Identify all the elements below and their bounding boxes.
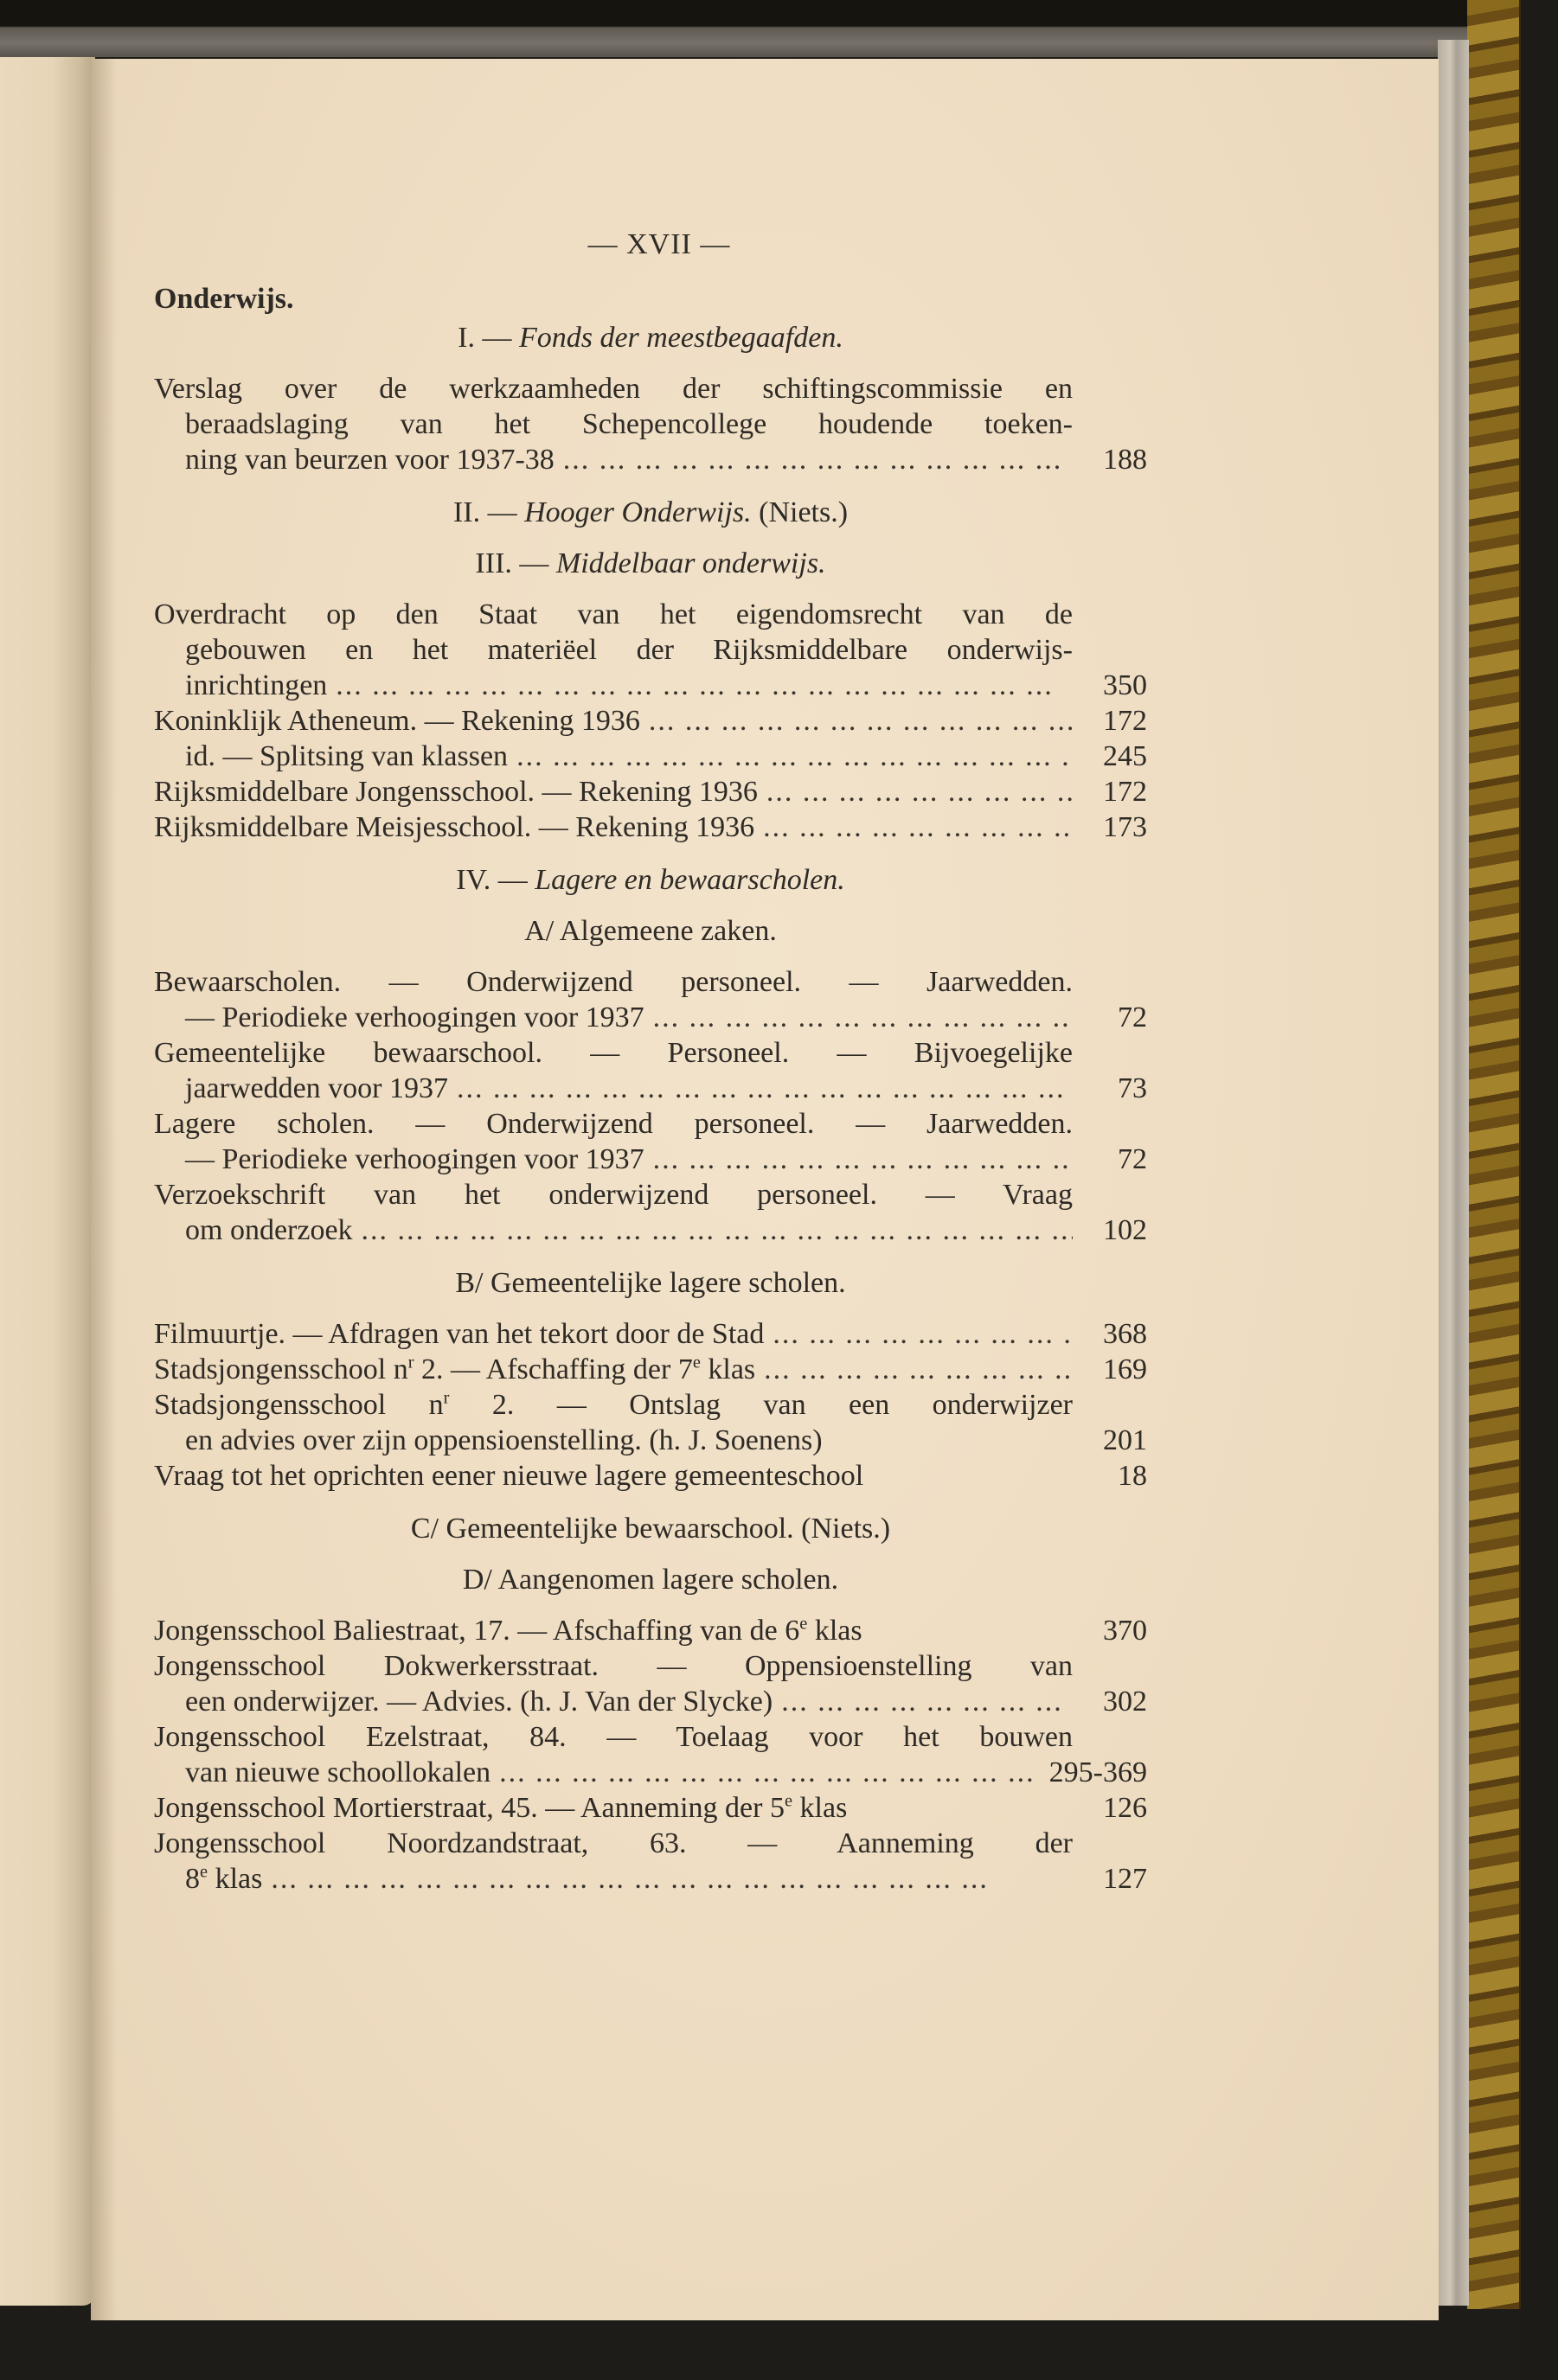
entry-last-line: een onderwijzer. — Advies. (h. J. Van de… xyxy=(154,1684,1147,1719)
page-text: — XVII — Onderwijs. I. — Fonds der meest… xyxy=(154,227,1147,1910)
entry-line: Verslag over de werkzaamheden der schift… xyxy=(154,371,1147,406)
part-title: Fonds der meestbegaafden. xyxy=(519,322,843,354)
background-right xyxy=(1519,0,1558,2380)
entry-text: Jongensschool Mortierstraat, 45. — Aanne… xyxy=(154,1790,847,1826)
marbled-cover-edge xyxy=(1467,0,1521,2309)
page-reference: 169 xyxy=(1073,1352,1147,1387)
page-reference: 126 xyxy=(1073,1790,1147,1826)
entry-text: Rijksmiddelbare Meisjesschool. — Rekenin… xyxy=(154,809,754,845)
entry-last-line: Jongensschool Mortierstraat, 45. — Aanne… xyxy=(154,1790,1147,1826)
dot-leader: ... ... ... ... ... ... ... ... ... ... … xyxy=(644,1000,1073,1035)
dot-leader: ... ... ... ... ... ... ... ... ... ... … xyxy=(764,1316,1073,1352)
entry-last-line: van nieuwe schoollokalen... ... ... ... … xyxy=(154,1755,1147,1790)
dot-leader: ... ... ... ... ... ... ... ... ... ... … xyxy=(640,703,1073,739)
entry-text: Stadsjongensschool nr 2. — Afschaffing d… xyxy=(154,1352,755,1387)
book-spine-band xyxy=(0,0,1558,57)
entry-last-line: id. — Splitsing van klassen... ... ... .… xyxy=(154,739,1147,774)
entry-text: ning van beurzen voor 1937-38 xyxy=(185,442,555,477)
page-reference: 72 xyxy=(1073,1000,1147,1035)
spacer xyxy=(154,1248,1147,1262)
gutter-shadow xyxy=(91,59,117,2320)
part-number: I. — xyxy=(458,322,519,354)
index-entry: Bewaarscholen. — Onderwijzend personeel.… xyxy=(154,964,1147,1035)
entry-line: Verzoekschrift van het onderwijzend pers… xyxy=(154,1177,1147,1212)
entry-line: gebouwen en het materiëel der Rijksmidde… xyxy=(154,632,1147,668)
entry-line: Jongensschool Noordzandstraat, 63. — Aan… xyxy=(154,1826,1147,1861)
index-entry: Rijksmiddelbare Meisjesschool. — Rekenin… xyxy=(154,809,1147,845)
entry-text: inrichtingen xyxy=(185,668,327,703)
entry-last-line: Rijksmiddelbare Jongensschool. — Rekenin… xyxy=(154,774,1147,809)
entry-last-line: en advies over zijn oppensioenstelling. … xyxy=(154,1423,1147,1458)
index-entry: Stadsjongensschool nr 2. — Ontslag van e… xyxy=(154,1387,1147,1458)
entry-line: Overdracht op den Staat van het eigendom… xyxy=(154,597,1147,632)
dot-leader: ... ... ... ... ... ... ... ... ... ... … xyxy=(755,1352,1073,1387)
index-entry: Jongensschool Dokwerkersstraat. — Oppens… xyxy=(154,1648,1147,1719)
page-reference: 73 xyxy=(1073,1071,1147,1106)
entry-last-line: Jongensschool Baliestraat, 17. — Afschaf… xyxy=(154,1613,1147,1648)
entry-text: Filmuurtje. — Afdragen van het tekort do… xyxy=(154,1316,764,1352)
entry-text: een onderwijzer. — Advies. (h. J. Van de… xyxy=(185,1684,773,1719)
entry-text: 8e klas xyxy=(185,1861,262,1897)
index-entry: Stadsjongensschool nr 2. — Afschaffing d… xyxy=(154,1352,1147,1387)
dot-leader: ... ... ... ... ... ... ... ... ... ... … xyxy=(262,1861,1073,1897)
part-note: (Niets.) xyxy=(752,496,848,528)
entry-text: van nieuwe schoollokalen xyxy=(185,1755,490,1790)
page-reference: 370 xyxy=(1073,1613,1147,1648)
part-heading: IV. — Lagere en bewaarscholen. xyxy=(154,862,1147,898)
index-entry: Verslag over de werkzaamheden der schift… xyxy=(154,371,1147,477)
page-reference: 350 xyxy=(1073,668,1147,703)
entry-last-line: Vraag tot het oprichten eener nieuwe lag… xyxy=(154,1458,1147,1494)
page-reference: 127 xyxy=(1073,1861,1147,1897)
page-reference: 295-369 xyxy=(1037,1755,1147,1790)
index-entry: Jongensschool Baliestraat, 17. — Afschaf… xyxy=(154,1613,1147,1648)
index-entry: Jongensschool Ezelstraat, 84. — Toelaag … xyxy=(154,1719,1147,1790)
index-entry: Verzoekschrift van het onderwijzend pers… xyxy=(154,1177,1147,1248)
page-reference: 188 xyxy=(1073,442,1147,477)
subsection-heading: A/ Algemeene zaken. xyxy=(154,913,1147,949)
dot-leader: ... ... ... ... ... ... ... ... ... ... … xyxy=(448,1071,1073,1106)
index-entry: Lagere scholen. — Onderwijzend personeel… xyxy=(154,1106,1147,1177)
dot-leader: ... ... ... ... ... ... ... ... ... ... … xyxy=(353,1212,1073,1248)
section-title: Onderwijs. xyxy=(154,281,1147,317)
part-heading: II. — Hooger Onderwijs. (Niets.) xyxy=(154,495,1147,530)
spacer xyxy=(154,845,1147,859)
facing-page-edge xyxy=(0,57,95,2306)
spacer xyxy=(154,1494,1147,1507)
entry-last-line: Stadsjongensschool nr 2. — Afschaffing d… xyxy=(154,1352,1147,1387)
index-entry: Vraag tot het oprichten eener nieuwe lag… xyxy=(154,1458,1147,1494)
entry-last-line: Filmuurtje. — Afdragen van het tekort do… xyxy=(154,1316,1147,1352)
entry-last-line: jaarwedden voor 1937... ... ... ... ... … xyxy=(154,1071,1147,1106)
entry-line: beraadslaging van het Schepencollege hou… xyxy=(154,406,1147,442)
entry-last-line: inrichtingen... ... ... ... ... ... ... … xyxy=(154,668,1147,703)
page-reference: 302 xyxy=(1073,1684,1147,1719)
entry-text: — Periodieke verhoogingen voor 1937 xyxy=(185,1142,644,1177)
entry-last-line: 8e klas... ... ... ... ... ... ... ... .… xyxy=(154,1861,1147,1897)
entry-text: Vraag tot het oprichten eener nieuwe lag… xyxy=(154,1458,863,1494)
part-number: II. — xyxy=(453,496,524,528)
dot-leader: ... ... ... ... ... ... ... ... ... ... … xyxy=(490,1755,1037,1790)
page-reference: 201 xyxy=(1073,1423,1147,1458)
part-number: IV. — xyxy=(456,864,535,896)
dot-leader: ... ... ... ... ... ... ... ... ... ... … xyxy=(508,739,1073,774)
page-reference: 102 xyxy=(1073,1212,1147,1248)
part-title: Lagere en bewaarscholen. xyxy=(535,864,845,896)
index-entry: Jongensschool Noordzandstraat, 63. — Aan… xyxy=(154,1826,1147,1897)
part-heading: III. — Middelbaar onderwijs. xyxy=(154,546,1147,581)
entry-last-line: Rijksmiddelbare Meisjesschool. — Rekenin… xyxy=(154,809,1147,845)
index-entry: id. — Splitsing van klassen... ... ... .… xyxy=(154,739,1147,774)
page-fore-edge xyxy=(1438,40,1469,2306)
subsection-heading: D/ Aangenomen lagere scholen. xyxy=(154,1562,1147,1597)
entry-text: jaarwedden voor 1937 xyxy=(185,1071,448,1106)
entry-line: Jongensschool Ezelstraat, 84. — Toelaag … xyxy=(154,1719,1147,1755)
spacer xyxy=(154,477,1147,491)
index-entry: Koninklijk Atheneum. — Rekening 1936... … xyxy=(154,703,1147,739)
entry-text: id. — Splitsing van klassen xyxy=(185,739,508,774)
index-entry: Gemeentelijke bewaarschool. — Personeel.… xyxy=(154,1035,1147,1106)
page-reference: 172 xyxy=(1073,774,1147,809)
entry-last-line: ning van beurzen voor 1937-38... ... ...… xyxy=(154,442,1147,477)
part-heading: I. — Fonds der meestbegaafden. xyxy=(154,320,1147,355)
page-reference: 368 xyxy=(1073,1316,1147,1352)
entry-line: Lagere scholen. — Onderwijzend personeel… xyxy=(154,1106,1147,1142)
dot-leader: ... ... ... ... ... ... ... ... ... ... … xyxy=(758,774,1073,809)
page-reference: 72 xyxy=(1073,1142,1147,1177)
entry-text: en advies over zijn oppensioenstelling. … xyxy=(185,1423,823,1458)
index-entry: Filmuurtje. — Afdragen van het tekort do… xyxy=(154,1316,1147,1352)
entry-line: Gemeentelijke bewaarschool. — Personeel.… xyxy=(154,1035,1147,1071)
page-reference: 245 xyxy=(1073,739,1147,774)
part-title: Middelbaar onderwijs. xyxy=(556,547,826,579)
entry-last-line: — Periodieke verhoogingen voor 1937... .… xyxy=(154,1142,1147,1177)
page-reference: 172 xyxy=(1073,703,1147,739)
spacer xyxy=(154,1897,1147,1910)
dot-leader: ... ... ... ... ... ... ... ... ... ... … xyxy=(644,1142,1073,1177)
subsection-heading: C/ Gemeentelijke bewaarschool. (Niets.) xyxy=(154,1511,1147,1546)
entry-text: — Periodieke verhoogingen voor 1937 xyxy=(185,1000,644,1035)
entry-last-line: — Periodieke verhoogingen voor 1937... .… xyxy=(154,1000,1147,1035)
page-reference: 18 xyxy=(1073,1458,1147,1494)
entry-line: Bewaarscholen. — Onderwijzend personeel.… xyxy=(154,964,1147,1000)
entry-last-line: Koninklijk Atheneum. — Rekening 1936... … xyxy=(154,703,1147,739)
dot-leader: ... ... ... ... ... ... ... ... ... ... … xyxy=(754,809,1073,845)
index-content: I. — Fonds der meestbegaafden.Verslag ov… xyxy=(154,320,1147,1910)
entry-line: Stadsjongensschool nr 2. — Ontslag van e… xyxy=(154,1387,1147,1423)
page-number: — XVII — xyxy=(154,227,1147,262)
part-number: III. — xyxy=(475,547,555,579)
entry-line: Jongensschool Dokwerkersstraat. — Oppens… xyxy=(154,1648,1147,1684)
entry-text: Koninklijk Atheneum. — Rekening 1936 xyxy=(154,703,640,739)
entry-text: Jongensschool Baliestraat, 17. — Afschaf… xyxy=(154,1613,862,1648)
index-entry: Jongensschool Mortierstraat, 45. — Aanne… xyxy=(154,1790,1147,1826)
index-entry: Rijksmiddelbare Jongensschool. — Rekenin… xyxy=(154,774,1147,809)
dot-leader: ... ... ... ... ... ... ... ... ... ... … xyxy=(555,442,1073,477)
entry-text: Rijksmiddelbare Jongensschool. — Rekenin… xyxy=(154,774,758,809)
subsection-heading: B/ Gemeentelijke lagere scholen. xyxy=(154,1265,1147,1301)
entry-text: om onderzoek xyxy=(185,1212,353,1248)
dot-leader: ... ... ... ... ... ... ... ... ... ... … xyxy=(773,1684,1073,1719)
entry-last-line: om onderzoek... ... ... ... ... ... ... … xyxy=(154,1212,1147,1248)
page-reference: 173 xyxy=(1073,809,1147,845)
part-title: Hooger Onderwijs. xyxy=(524,496,752,528)
dot-leader: ... ... ... ... ... ... ... ... ... ... … xyxy=(327,668,1073,703)
index-entry: Overdracht op den Staat van het eigendom… xyxy=(154,597,1147,703)
